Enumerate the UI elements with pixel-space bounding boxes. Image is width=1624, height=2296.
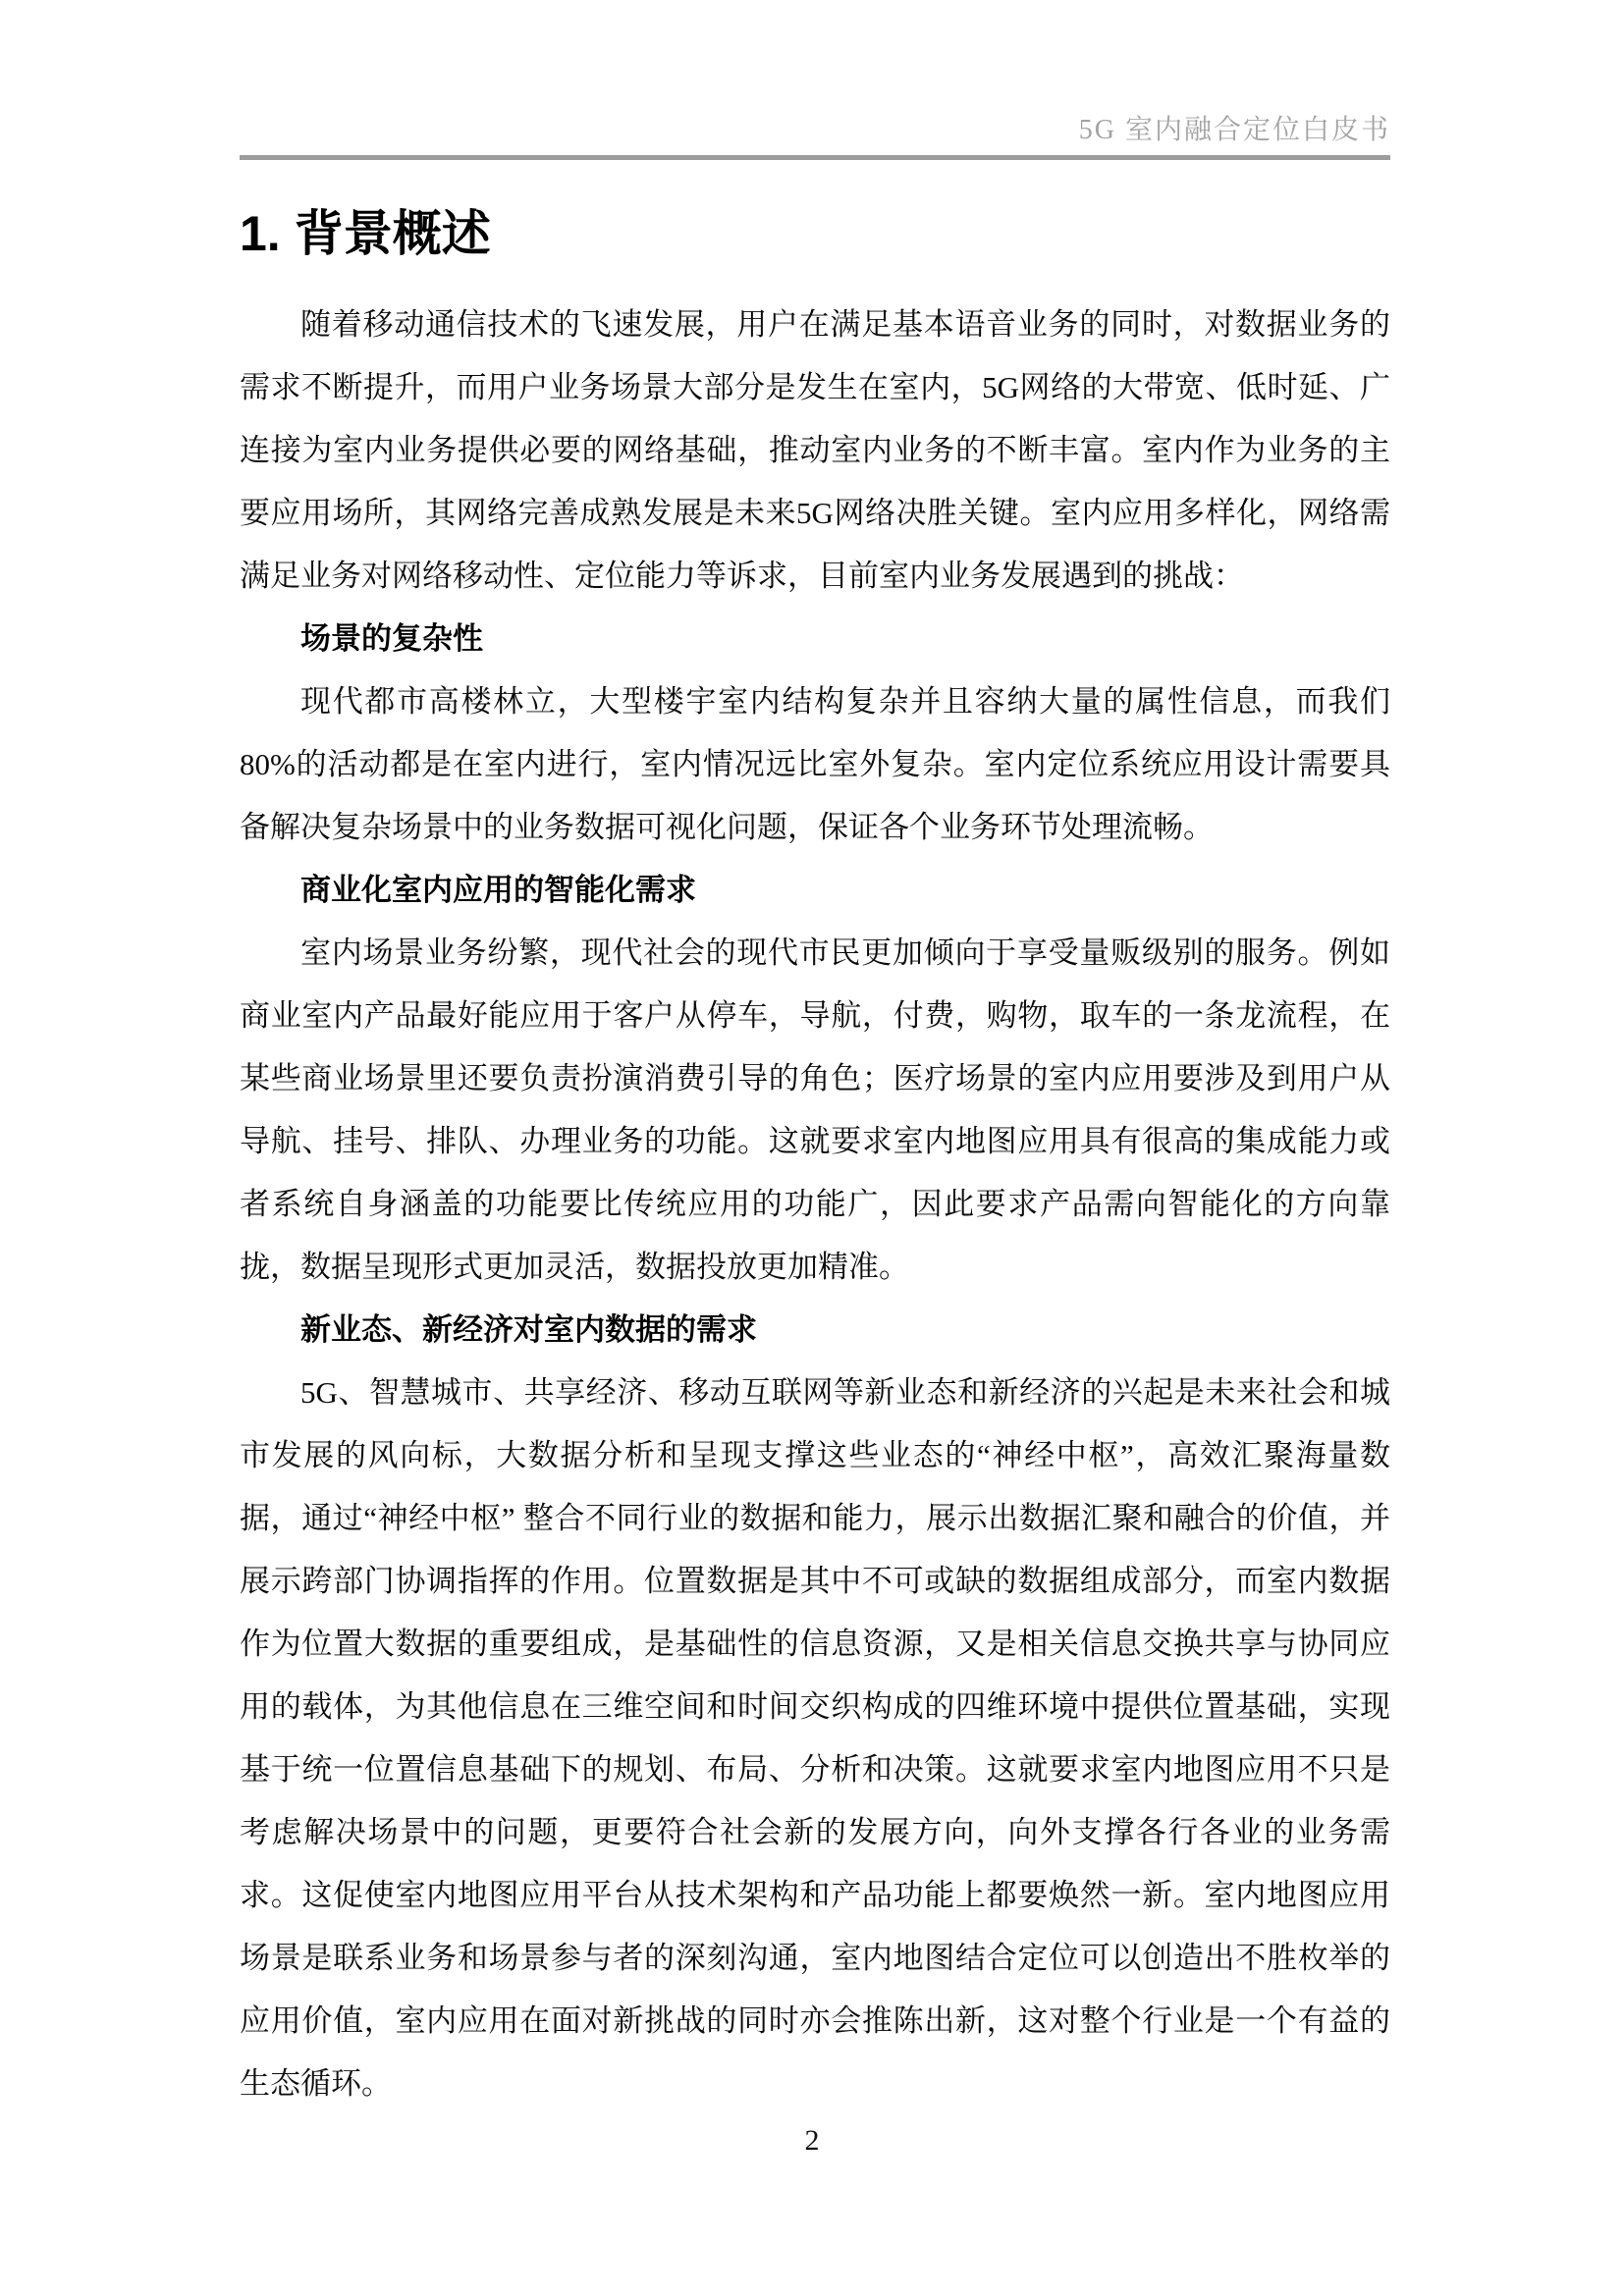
section-heading-number: 1. xyxy=(240,206,281,261)
paragraph-new-economy-demand: 5G、智慧城市、共享经济、移动互联网等新业态和新经济的兴起是未来社会和城市发展的… xyxy=(240,1362,1390,2115)
paragraph-commercial-intelligence: 室内场景业务纷繁，现代社会的现代市民更加倾向于享受量贩级别的服务。例如商业室内产… xyxy=(240,922,1390,1299)
section-heading: 1.背景概述 xyxy=(240,203,1390,264)
subheading-commercial-intelligence: 商业化室内应用的智能化需求 xyxy=(240,859,1390,922)
subheading-scene-complexity: 场景的复杂性 xyxy=(240,608,1390,670)
body-content: 随着移动通信技术的飞速发展，用户在满足基本语音业务的同时，对数据业务的需求不断提… xyxy=(240,294,1390,2115)
subheading-new-economy-demand: 新业态、新经济对室内数据的需求 xyxy=(240,1299,1390,1362)
header-rule xyxy=(240,155,1390,160)
header-title: 5G 室内融合定位白皮书 xyxy=(240,0,1390,151)
document-page: 5G 室内融合定位白皮书 1.背景概述 随着移动通信技术的飞速发展，用户在满足基… xyxy=(0,0,1624,2296)
paragraph-intro: 随着移动通信技术的飞速发展，用户在满足基本语音业务的同时，对数据业务的需求不断提… xyxy=(240,294,1390,608)
section-heading-title: 背景概述 xyxy=(295,206,491,261)
page-number: 2 xyxy=(0,2124,1624,2158)
paragraph-scene-complexity: 现代都市高楼林立，大型楼宇室内结构复杂并且容纳大量的属性信息，而我们80%的活动… xyxy=(240,670,1390,859)
